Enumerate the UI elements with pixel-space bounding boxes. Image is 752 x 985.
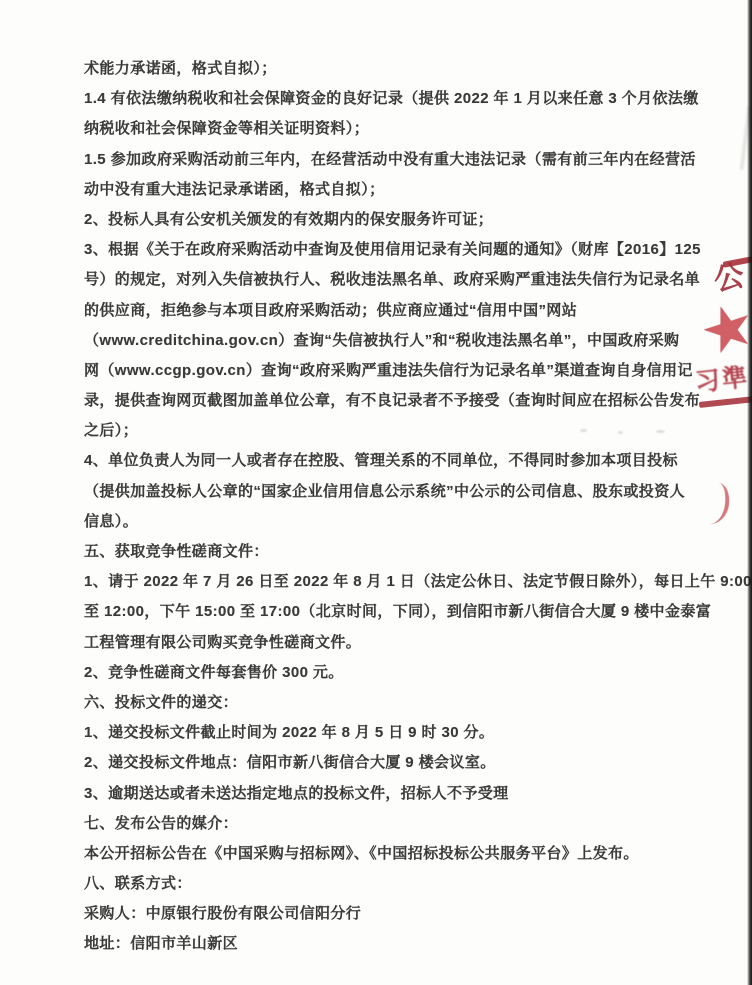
para-6-3-overdue: 3、逾期送达或者未送达指定地点的投标文件，招标人不予受理 (84, 779, 724, 809)
para-7-announcement-platforms: 本公开招标公告在《中国采购与招标网》、《中国招标投标公共服务平台》上发布。 (84, 839, 724, 869)
text-line: 术能力承诺函，格式自拟）； (84, 54, 724, 84)
text-line: 2、投标人具有公安机关颁发的有效期内的保安服务许可证； (84, 205, 724, 235)
para-tax-social-security-1-4: 1.4 有依法缴纳税收和社会保障资金的良好记录（提供 2022 年 1 月以来任… (84, 84, 724, 144)
para-technical-capability-tail: 术能力承诺函，格式自拟）； (84, 54, 724, 84)
text-line: 1、递交投标文件截止时间为 2022 年 8 月 5 日 9 时 30 分。 (84, 718, 724, 748)
para-same-responsible-person-4: 4、单位负责人为同一人或者存在控股、管理关系的不同单位，不得同时参加本项目投标 … (84, 446, 724, 537)
text-line: 录，提供查询网页截图加盖单位公章，有不良记录者不予接受（查询时间应在招标公告发布 (84, 386, 724, 416)
scan-smudge (656, 430, 665, 433)
para-security-service-license-2: 2、投标人具有公安机关颁发的有效期内的保安服务许可证； (84, 205, 724, 235)
para-6-2-location: 2、递交投标文件地点：信阳市新八街信合大厦 9 楼会议室。 (84, 748, 724, 778)
text-line: 至 12:00，下午 15:00 至 17:00（北京时间，下同），到信阳市新八… (84, 597, 724, 627)
para-8-purchaser: 采购人：中原银行股份有限公司信阳分行 (84, 899, 724, 929)
text-line: 1、请于 2022 年 7 月 26 日至 2022 年 8 月 1 日（法定公… (84, 567, 724, 597)
para-credit-record-check-3: 3、根据《关于在政府采购活动中查询及使用信用记录有关问题的通知》（财库【2016… (84, 235, 724, 446)
seal-curved-mark (709, 482, 731, 526)
para-8-address: 地址：信阳市羊山新区 (84, 929, 724, 959)
text-line: 采购人：中原银行股份有限公司信阳分行 (84, 899, 724, 929)
text-line: 2、递交投标文件地点：信阳市新八街信合大厦 9 楼会议室。 (84, 748, 724, 778)
text-line: （提供加盖投标人公章的“国家企业信用信息公示系统”中公示的公司信息、股东或投资人 (84, 477, 724, 507)
scanned-document-page: 术能力承诺函，格式自拟）； 1.4 有依法缴纳税收和社会保障资金的良好记录（提供… (0, 0, 752, 985)
text-line: 的供应商，拒绝参与本项目政府采购活动；供应商应通过“信用中国”网站 (84, 296, 724, 326)
text-line: 地址：信阳市羊山新区 (84, 929, 724, 959)
document-text-block: 术能力承诺函，格式自拟）； 1.4 有依法缴纳税收和社会保障资金的良好记录（提供… (84, 54, 724, 960)
heading-6-bid-submission: 六、投标文件的递交： (84, 688, 724, 718)
text-line: 3、根据《关于在政府采购活动中查询及使用信用记录有关问题的通知》（财库【2016… (84, 235, 724, 265)
text-line: 网（www.ccgp.gov.cn）查询“政府采购严重违法失信行为记录名单”渠道… (84, 356, 724, 386)
text-line: 3、逾期送达或者未送达指定地点的投标文件，招标人不予受理 (84, 779, 724, 809)
para-5-2-document-price: 2、竞争性磋商文件每套售价 300 元。 (84, 658, 724, 688)
section-heading: 六、投标文件的递交： (84, 688, 724, 718)
seal-text-fragment: 习準 (694, 363, 751, 396)
para-no-major-violation-1-5: 1.5 参加政府采购活动前三年内，在经营活动中没有重大违法记录（需有前三年内在经… (84, 145, 724, 205)
text-line: 纳税收和社会保障资金等相关证明资料）； (84, 114, 724, 144)
heading-8-contact: 八、联系方式： (84, 869, 724, 899)
text-line: 号）的规定，对列入失信被执行人、税收违法黑名单、政府采购严重违法失信行为记录名单 (84, 265, 724, 295)
scanner-edge-shadow (747, 0, 752, 985)
text-line: 1.5 参加政府采购活动前三年内，在经营活动中没有重大违法记录（需有前三年内在经… (84, 145, 724, 175)
text-line: 工程管理有限公司购买竞争性磋商文件。 (84, 628, 724, 658)
text-line: 2、竞争性磋商文件每套售价 300 元。 (84, 658, 724, 688)
section-heading: 五、获取竞争性磋商文件： (84, 537, 724, 567)
text-line: 本公开招标公告在《中国采购与招标网》、《中国招标投标公共服务平台》上发布。 (84, 839, 724, 869)
text-line: 4、单位负责人为同一人或者存在控股、管理关系的不同单位，不得同时参加本项目投标 (84, 446, 724, 476)
heading-5-obtain-consultation-documents: 五、获取竞争性磋商文件： (84, 537, 724, 567)
text-line: 信息）。 (84, 507, 724, 537)
scan-smudge (580, 429, 587, 432)
text-line: 动中没有重大违法记录承诺函，格式自拟）； (84, 175, 724, 205)
scan-smudge (618, 431, 623, 434)
para-6-1-deadline: 1、递交投标文件截止时间为 2022 年 8 月 5 日 9 时 30 分。 (84, 718, 724, 748)
text-line: （www.creditchina.gov.cn）查询“失信被执行人”和“税收违法… (84, 326, 724, 356)
section-heading: 七、发布公告的媒介： (84, 809, 724, 839)
heading-7-announcement-media: 七、发布公告的媒介： (84, 809, 724, 839)
text-line: 之后）； (84, 416, 724, 446)
para-5-1-purchase-time-place: 1、请于 2022 年 7 月 26 日至 2022 年 8 月 1 日（法定公… (84, 567, 724, 658)
section-heading: 八、联系方式： (84, 869, 724, 899)
text-line: 1.4 有依法缴纳税收和社会保障资金的良好记录（提供 2022 年 1 月以来任… (84, 84, 724, 114)
